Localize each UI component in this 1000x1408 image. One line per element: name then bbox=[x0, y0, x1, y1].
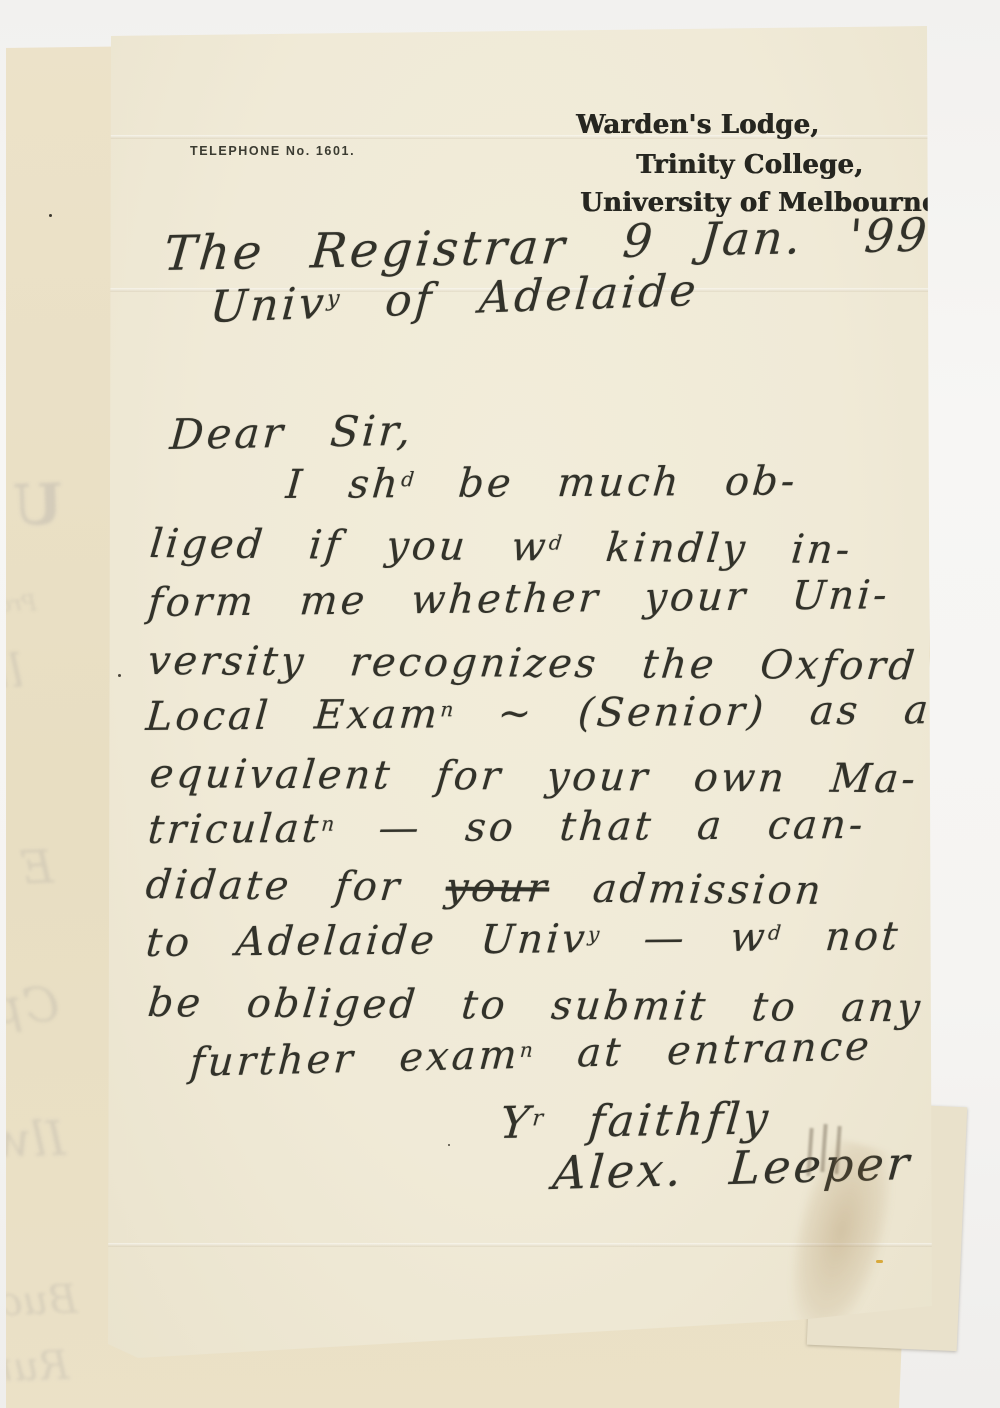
date-line: 9 Jan. '99 bbox=[621, 208, 932, 268]
ghost-text: Pro bbox=[0, 591, 37, 617]
dust-speck bbox=[448, 1144, 450, 1146]
body-line: further examn at entrance bbox=[189, 1023, 874, 1086]
ghost-text: Buc bbox=[0, 1277, 78, 1326]
letter-sheet: TELEPHONE No. 1601. Warden's Lodge, Trin… bbox=[108, 24, 932, 1360]
body-line: I shd be much ob- bbox=[284, 458, 799, 508]
struck-word: your bbox=[444, 865, 552, 912]
body-line: liged if you wd kindly in- bbox=[148, 521, 855, 573]
ghost-text: ll bbox=[0, 644, 24, 699]
body-line: versity recognizes the Oxford bbox=[146, 638, 920, 689]
body-line: equivalent for your own Ma- bbox=[148, 751, 920, 802]
ghost-text: Cp bbox=[0, 977, 60, 1035]
scanned-letter-page: U Pro ll E Cp Ilw Buc Rur TELEPHONE No. … bbox=[0, 0, 1000, 1408]
ghost-text: E bbox=[19, 839, 54, 894]
body-line: form me whether your Uni- bbox=[146, 572, 891, 626]
ghost-text: Ilw bbox=[0, 1111, 66, 1170]
dust-speck bbox=[876, 1260, 883, 1263]
body-line: triculatn — so that a can- bbox=[146, 802, 867, 853]
body-line: didate for your admission bbox=[144, 862, 826, 914]
ghost-text: Rur bbox=[0, 1343, 70, 1392]
telephone-number: TELEPHONE No. 1601. bbox=[190, 144, 355, 158]
body-line: Local Examn ~ (Senior) as an bbox=[144, 687, 961, 740]
body-line-segment: didate for bbox=[144, 862, 405, 910]
body-line: to Adelaide Univy — wd not bbox=[144, 913, 902, 966]
letterhead-line: Warden's Lodge, bbox=[576, 110, 819, 140]
salutation: Dear Sir, bbox=[168, 406, 415, 459]
dust-speck bbox=[118, 674, 121, 677]
body-line-segment: admission bbox=[591, 866, 826, 914]
body-line: be obliged to submit to any bbox=[146, 980, 925, 1031]
letterhead-line: Trinity College, bbox=[636, 150, 863, 180]
ghost-text: U bbox=[13, 471, 64, 539]
dust-speck bbox=[49, 214, 52, 217]
